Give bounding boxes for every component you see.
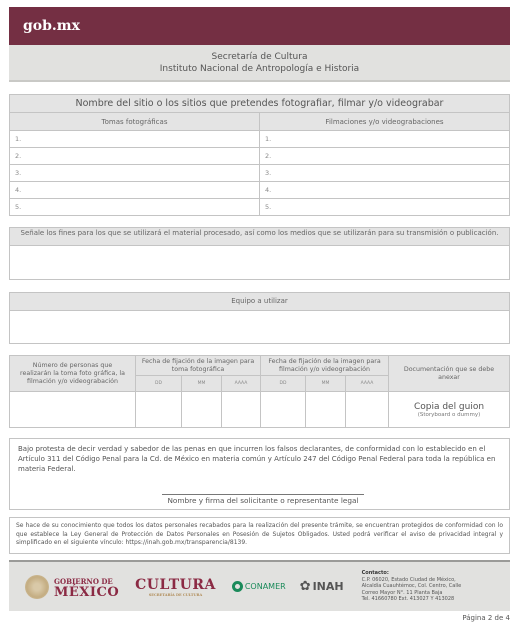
conamer-logo: CONAMER [232,581,286,592]
inah-logo: ✿ INAH [300,579,344,594]
cultura-text: CULTURA [135,577,216,593]
photo-site-field[interactable]: 1. [10,131,260,148]
photo-month-label: MM [182,376,222,392]
photo-year-field[interactable] [222,392,261,428]
photo-day-field[interactable] [136,392,182,428]
film-month-field[interactable] [306,392,346,428]
cultura-sub-text: SECRETARÍA DE CULTURA [135,593,216,597]
inah-emblem-icon: ✿ [300,579,311,594]
contact-line: C.P. 06020, Estado Ciudad de México, [362,577,456,583]
film-site-field[interactable]: 2. [260,148,510,165]
institute-label: Instituto Nacional de Antropología e His… [9,63,510,75]
contact-block: Contacto: C.P. 06020, Estado Ciudad de M… [362,570,462,602]
contact-title: Contacto: [362,570,389,576]
photo-month-field[interactable] [182,392,222,428]
documentation-header: Documentación que se debe anexar [389,356,510,392]
photo-site-field[interactable]: 3. [10,165,260,182]
conamer-text: CONAMER [245,582,286,591]
footer-bar: GOBIERNO DE MÉXICO CULTURA SECRETARÍA DE… [9,560,510,611]
equipment-field[interactable] [10,311,509,344]
photo-day-label: DD [136,376,182,392]
people-count-header: Número de personas que realizarán la tom… [10,356,136,392]
purpose-label: Señale los fines para los que se utiliza… [10,228,509,246]
privacy-text: Se hace de su conocimiento que todos los… [16,522,503,548]
sites-table-title: Nombre del sitio o los sitios que preten… [10,95,510,113]
film-day-label: DD [261,376,306,392]
photo-site-field[interactable]: 4. [10,182,260,199]
secretaria-label: Secretaría de Cultura [9,51,510,63]
film-year-field[interactable] [346,392,389,428]
gob-header-bar: gob.mx [9,7,510,45]
gobierno-mexico-logo: GOBIERNO DE MÉXICO [54,576,119,598]
declaration-text: Bajo protesta de decir verdad y sabedor … [18,444,501,474]
signature-label: Nombre y firma del solicitante o represe… [167,496,358,505]
film-month-label: MM [306,376,346,392]
equipment-section: Equipo a utilizar [9,292,510,344]
film-site-field[interactable]: 4. [260,182,510,199]
gob-line2: MÉXICO [54,587,119,598]
photo-site-field[interactable]: 5. [10,199,260,216]
contact-line: Correo Mayor N°. 11 Planta Baja [362,590,443,596]
institution-band: Secretaría de Cultura Instituto Nacional… [9,45,510,82]
film-site-field[interactable]: 5. [260,199,510,216]
doc-sub-label: (Storyboard o dummy) [389,412,509,418]
declaration-section: Bajo protesta de decir verdad y sabedor … [9,438,510,510]
photo-date-header: Fecha de fijación de la imagen para toma… [136,356,261,376]
privacy-notice: Se hace de su conocimiento que todos los… [9,517,510,554]
doc-main-label: Copia del guion [389,402,509,412]
signature-line[interactable]: Nombre y firma del solicitante o represe… [162,494,364,506]
film-site-field[interactable]: 1. [260,131,510,148]
column-photo: Tomas fotográficas [10,113,260,131]
national-seal-icon [25,575,49,599]
documentation-cell: Copia del guion (Storyboard o dummy) [389,392,510,428]
page-number: Página 2 de 4 [462,614,510,622]
photo-site-field[interactable]: 2. [10,148,260,165]
purpose-section: Señale los fines para los que se utiliza… [9,227,510,280]
cultura-logo: CULTURA SECRETARÍA DE CULTURA [135,577,216,597]
column-film: Filmaciones y/o videograbaciones [260,113,510,131]
sites-table: Nombre del sitio o los sitios que preten… [9,94,510,216]
conamer-ring-icon [232,581,243,592]
gob-mx-logo[interactable]: gob.mx [23,18,80,34]
contact-line: Tel. 41660780 Ext. 413027 Y 413028 [362,596,455,602]
equipment-label: Equipo a utilizar [10,293,509,311]
inah-text: INAH [313,580,344,593]
people-count-field[interactable] [10,392,136,428]
film-day-field[interactable] [261,392,306,428]
photo-year-label: AAAA [222,376,261,392]
dates-table: Número de personas que realizarán la tom… [9,355,510,428]
purpose-field[interactable] [10,246,509,280]
film-site-field[interactable]: 3. [260,165,510,182]
contact-line: Alcaldía Cuauhtémoc, Col. Centro, Calle [362,583,462,589]
film-date-header: Fecha de fijación de la imagen para film… [261,356,389,376]
film-year-label: AAAA [346,376,389,392]
